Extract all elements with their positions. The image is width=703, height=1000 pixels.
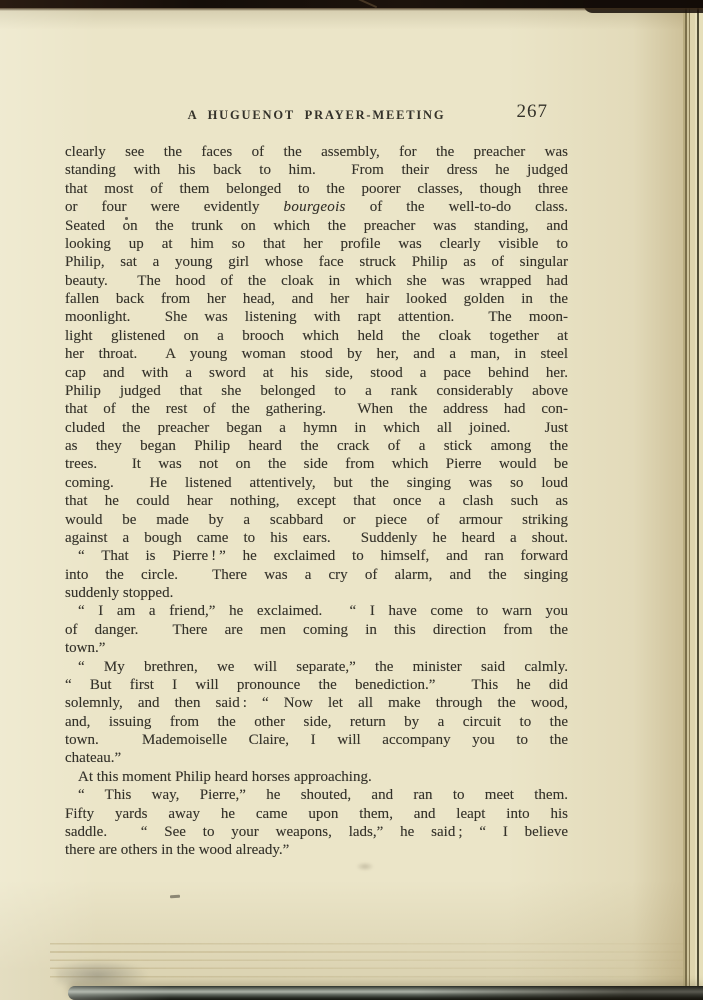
text-line: cluded the preacher began a hymn in whic… <box>65 419 568 437</box>
text-line: coming. He listened attentively, but the… <box>65 474 568 492</box>
text-line: “ But first I will pronounce the benedic… <box>65 676 568 694</box>
text-line: Seated on the trunk on which the preache… <box>65 217 568 235</box>
page-number: 267 <box>517 101 549 123</box>
text-line: “ My brethren, we will separate,” the mi… <box>65 658 568 676</box>
text-line: as they began Philip heard the crack of … <box>65 437 568 455</box>
text-line: fallen back from her head, and her hair … <box>65 290 568 308</box>
text-line: town. Mademoiselle Claire, I will accomp… <box>65 731 568 749</box>
text-block: clearly see the faces of the assembly, f… <box>65 143 568 860</box>
text-line: Fifty yards away he came upon them, and … <box>65 805 568 823</box>
text-line: Philip, sat a young girl whose face stru… <box>65 253 568 271</box>
text-line: At this moment Philip heard horses appro… <box>65 768 568 786</box>
text-line: into the circle. There was a cry of alar… <box>65 566 568 584</box>
text-line: that of the rest of the gathering. When … <box>65 400 568 418</box>
running-header: A HUGUENOT PRAYER-MEETING 267 <box>65 103 568 127</box>
text-line: her throat. A young woman stood by her, … <box>65 345 568 363</box>
text-line: saddle. “ See to your weapons, lads,” he… <box>65 823 568 841</box>
text-line: would be made by a scabbard or piece of … <box>65 511 568 529</box>
text-line: beauty. The hood of the cloak in which s… <box>65 272 568 290</box>
text-line: light glistened on a brooch which held t… <box>65 327 568 345</box>
text-line: trees. It was not on the side from which… <box>65 455 568 473</box>
italic-word: bourgeois <box>284 199 346 215</box>
top-band-shadow <box>0 8 703 11</box>
text-line: “ That is Pierre ! ” he exclaimed to him… <box>65 547 568 565</box>
text-line: clearly see the faces of the assembly, f… <box>65 143 568 161</box>
text-line: standing with his back to him. From thei… <box>65 161 568 179</box>
text-line: town.” <box>65 639 568 657</box>
text-line: cap and with a sword at his side, stood … <box>65 364 568 382</box>
text-line: solemnly, and then said : “ Now let all … <box>65 694 568 712</box>
text-line: moonlight. She was listening with rapt a… <box>65 308 568 326</box>
text-line: that most of them belonged to the poorer… <box>65 180 568 198</box>
text-line: there are others in the wood already.” <box>65 841 568 859</box>
corner-smudge <box>56 960 148 988</box>
bottom-board-edge <box>68 986 703 1000</box>
text-line: “ I am a friend,” he exclaimed. “ I have… <box>65 602 568 620</box>
text-line: or four were evidently bourgeois of the … <box>65 198 568 216</box>
scan-artifact-dash <box>170 895 180 898</box>
scan-artifact-dot <box>125 217 128 220</box>
text-line: “ This way, Pierre,” he shouted, and ran… <box>65 786 568 804</box>
scan-artifact-smear <box>356 862 374 871</box>
text-line: that he could hear nothing, except that … <box>65 492 568 510</box>
right-page-edges <box>683 8 703 990</box>
text-line: suddenly stopped. <box>65 584 568 602</box>
top-dark-band-right <box>583 0 703 13</box>
text-line: against a bough came to his ears. Sudden… <box>65 529 568 547</box>
text-line: and, issuing from the other side, return… <box>65 713 568 731</box>
text-line: looking up at him so that her profile wa… <box>65 235 568 253</box>
book-page-scan: A HUGUENOT PRAYER-MEETING 267 clearly se… <box>0 0 703 1000</box>
text-line: chateau.” <box>65 749 568 767</box>
running-header-title: A HUGUENOT PRAYER-MEETING <box>65 108 568 123</box>
text-line: Philip judged that she belonged to a ran… <box>65 382 568 400</box>
text-line: of danger. There are men coming in this … <box>65 621 568 639</box>
